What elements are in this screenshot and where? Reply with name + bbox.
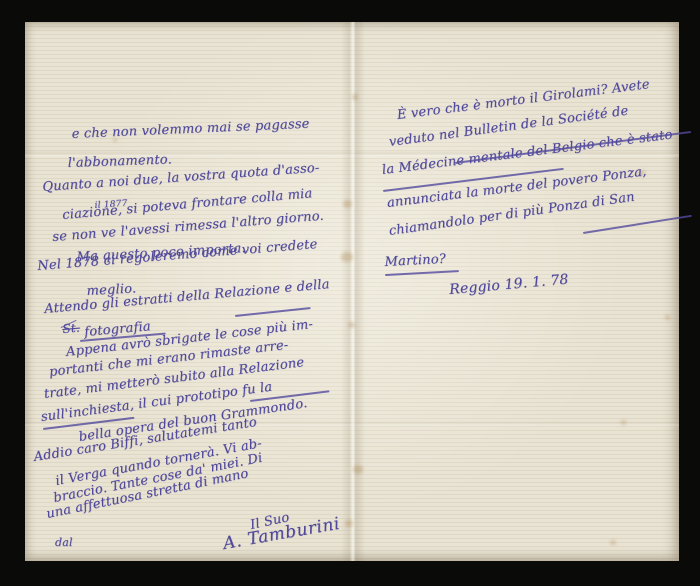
center-fold-crease — [341, 22, 365, 561]
handwriting-line: e che non volemmo mai se pagasse — [71, 117, 310, 142]
foxing-stain — [352, 94, 358, 100]
paper-sheet: e che non volemmo mai se pagasse l'abbon… — [25, 22, 679, 561]
foxing-stain — [348, 322, 355, 328]
letter-scan: { "document": { "description": "Scanned … — [0, 0, 700, 586]
ink-underline — [583, 215, 692, 234]
dateline: Reggio 19. 1. 78 — [449, 272, 570, 298]
foxing-stain — [621, 420, 626, 425]
foxing-stain — [341, 252, 353, 262]
ink-underline — [235, 307, 311, 316]
foxing-stain — [343, 200, 352, 208]
foxing-stain — [665, 315, 670, 320]
foxing-stain — [610, 540, 616, 545]
margin-note: dal — [55, 536, 73, 549]
ink-underline — [385, 270, 459, 275]
foxing-stain — [345, 520, 353, 527]
foxing-stain — [353, 465, 363, 474]
handwriting-line: Martino? — [384, 252, 446, 270]
handwriting-line: l'abbonamento. — [67, 152, 172, 171]
